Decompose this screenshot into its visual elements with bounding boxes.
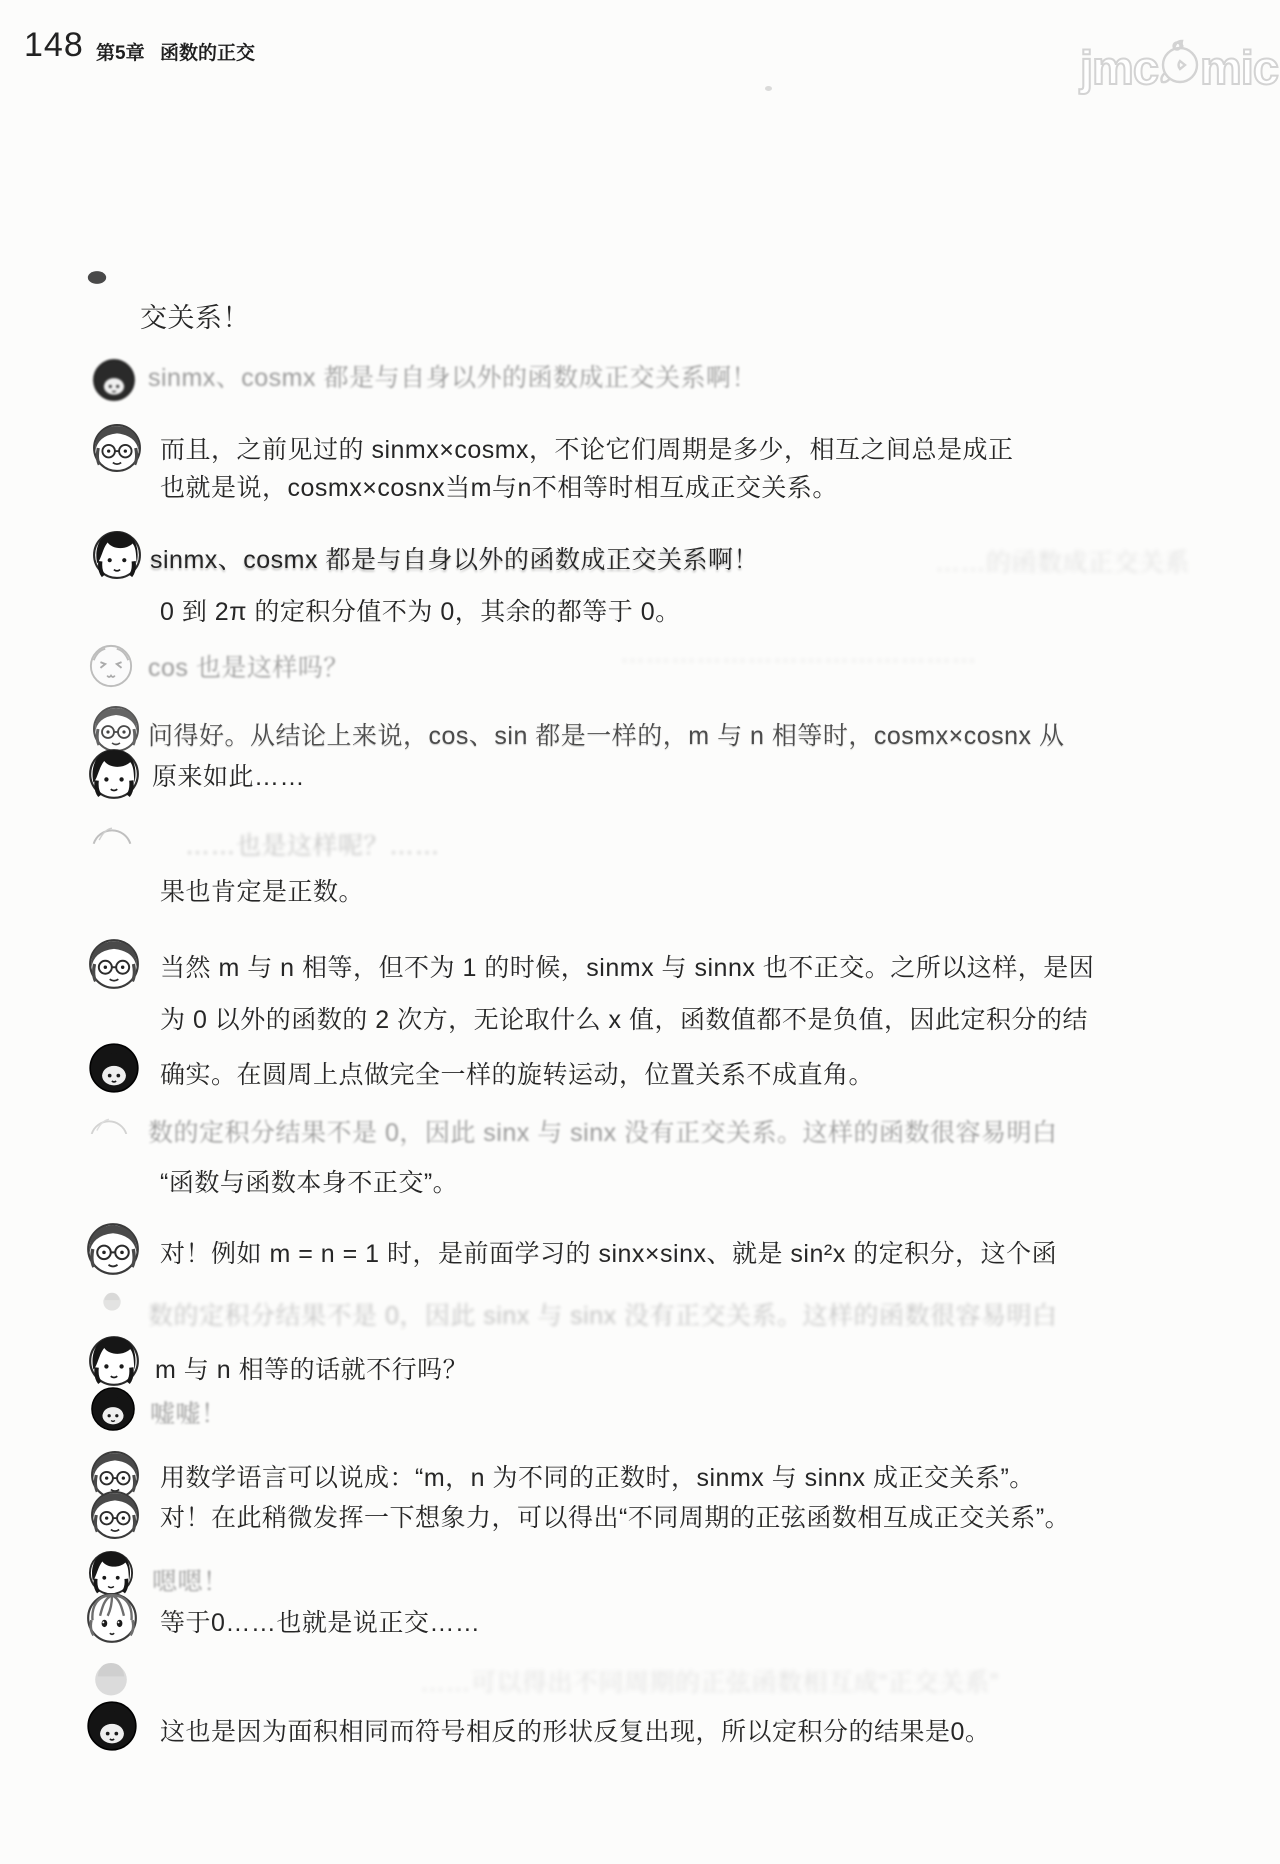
- dialogue-text: 对！在此稍微发挥一下想象力，可以得出“不同周期的正弦函数相互成正交关系”。: [160, 1498, 1070, 1534]
- dialogue-text: 数的定积分结果不是 0，因此 sinx 与 sinx 没有正交关系。这样的函数很…: [148, 1113, 1058, 1149]
- dark-hair-girl-avatar-icon: [88, 1335, 140, 1387]
- glasses-girl-avatar-icon: [88, 938, 140, 990]
- dialogue-text: 问得好。从结论上来说，cos、sin 都是一样的，m 与 n 相等时，cosmx…: [148, 716, 1064, 752]
- dark-hair-girl-avatar-icon: [88, 1550, 134, 1596]
- dialogue-text: 交关系！: [140, 296, 250, 335]
- dialogue-text: 也就是说，cosmx×cosnx当m与n不相等时相互成正交关系。: [160, 468, 838, 504]
- dark-silhouette-avatar-icon: [88, 1042, 140, 1094]
- dark-hair-girl-avatar-icon: [92, 530, 142, 580]
- dark-silhouette-avatar-icon: [92, 358, 136, 402]
- dialogue-text: 为 0 以外的函数的 2 次方，无论取什么 x 值，函数值都不是负值，因此定积分…: [160, 1000, 1088, 1036]
- dialogue-text: 嘘嘘！: [150, 1394, 227, 1430]
- glasses-girl-avatar-icon: [90, 1490, 140, 1540]
- dialogue-text: 数的定积分结果不是 0，因此 sinx 与 sinx 没有正交关系。这样的函数很…: [148, 1296, 1058, 1332]
- dark-silhouette-avatar-icon: [90, 1386, 136, 1432]
- dialogue-text: 对！例如 m = n = 1 时，是前面学习的 sinx×sinx、就是 sin…: [160, 1234, 1057, 1270]
- bird-mascot-icon: [1158, 37, 1200, 98]
- dialogue-text: m 与 n 相等的话就不行吗？: [155, 1350, 468, 1386]
- book-page: 148 第5章 函数的正交 jmc mic 交关系！sinmx、cosmx 都是…: [0, 0, 1280, 1864]
- dialogue-text: cos 也是这样吗？: [148, 648, 349, 684]
- page-number: 148: [24, 26, 84, 65]
- dialogue-text: 用数学语言可以说成：“m，n 为不同的正数时，sinmx 与 sinnx 成正交…: [160, 1458, 1035, 1494]
- dark-hair-girl-avatar-icon: [88, 748, 140, 800]
- dialogue-text: 这也是因为面积相同而符号相反的形状反复出现，所以定积分的结果是0。: [160, 1712, 990, 1748]
- page-title: 函数的正交: [160, 38, 255, 65]
- dialogue-text: ……的函数成正交关系: [935, 543, 1190, 579]
- head-arc-avatar-icon: [88, 1108, 130, 1134]
- dialogue-text: 而且，之前见过的 sinmx×cosmx，不论它们周期是多少，相互之间总是成正: [160, 430, 1014, 466]
- dialogue-text: 当然 m 与 n 相等，但不为 1 的时候，sinmx 与 sinnx 也不正交…: [160, 948, 1094, 984]
- watermark-text-left: jmc: [1080, 40, 1158, 95]
- dialogue-text: “函数与函数本身不正交”。: [160, 1163, 458, 1199]
- dialogue-text: ……可以得出不同周期的正弦函数相互成“正交关系”: [420, 1663, 999, 1699]
- partial-top-avatar-icon: [86, 270, 108, 285]
- dialogue-text: sinmx、cosmx 都是与自身以外的函数成正交关系啊！: [150, 540, 759, 576]
- dialogue-text: 原来如此……: [152, 757, 305, 793]
- dialogue-text: 0 到 2π 的定积分值不为 0，其余的都等于 0。: [160, 592, 681, 628]
- faint-head-avatar-icon: [92, 1290, 132, 1312]
- glasses-girl-avatar-icon: [86, 1222, 140, 1276]
- dialogue-text: ……………………………………: [620, 640, 977, 669]
- dialogue-text: 嗯嗯！: [152, 1562, 229, 1598]
- dark-silhouette-avatar-icon: [86, 1700, 138, 1752]
- dialogue-text: 果也肯定是正数。: [160, 872, 364, 908]
- dialogue-text: sinmx、cosmx 都是与自身以外的函数成正交关系啊！: [148, 358, 757, 394]
- scan-speck: [765, 86, 772, 91]
- dialogue-text: 确实。在圆周上点做完全一样的旋转运动，位置关系不成直角。: [160, 1055, 874, 1091]
- glasses-girl-avatar-icon: [92, 705, 140, 753]
- cat-face-avatar-icon: [88, 643, 134, 689]
- dialogue-text: 等于0……也就是说正交……: [160, 1603, 480, 1639]
- glasses-girl-avatar-icon: [92, 423, 142, 473]
- dialogue-text: ……也是这样呢？……: [185, 826, 440, 862]
- jmcomic-watermark: jmc mic: [1080, 42, 1278, 92]
- watermark-text-right: mic: [1200, 40, 1278, 95]
- light-hair-girl-avatar-icon: [86, 1592, 138, 1644]
- faint-head-avatar-icon: [90, 1658, 132, 1698]
- head-arc-avatar-icon: [90, 815, 134, 845]
- chapter-label: 第5章: [96, 38, 145, 65]
